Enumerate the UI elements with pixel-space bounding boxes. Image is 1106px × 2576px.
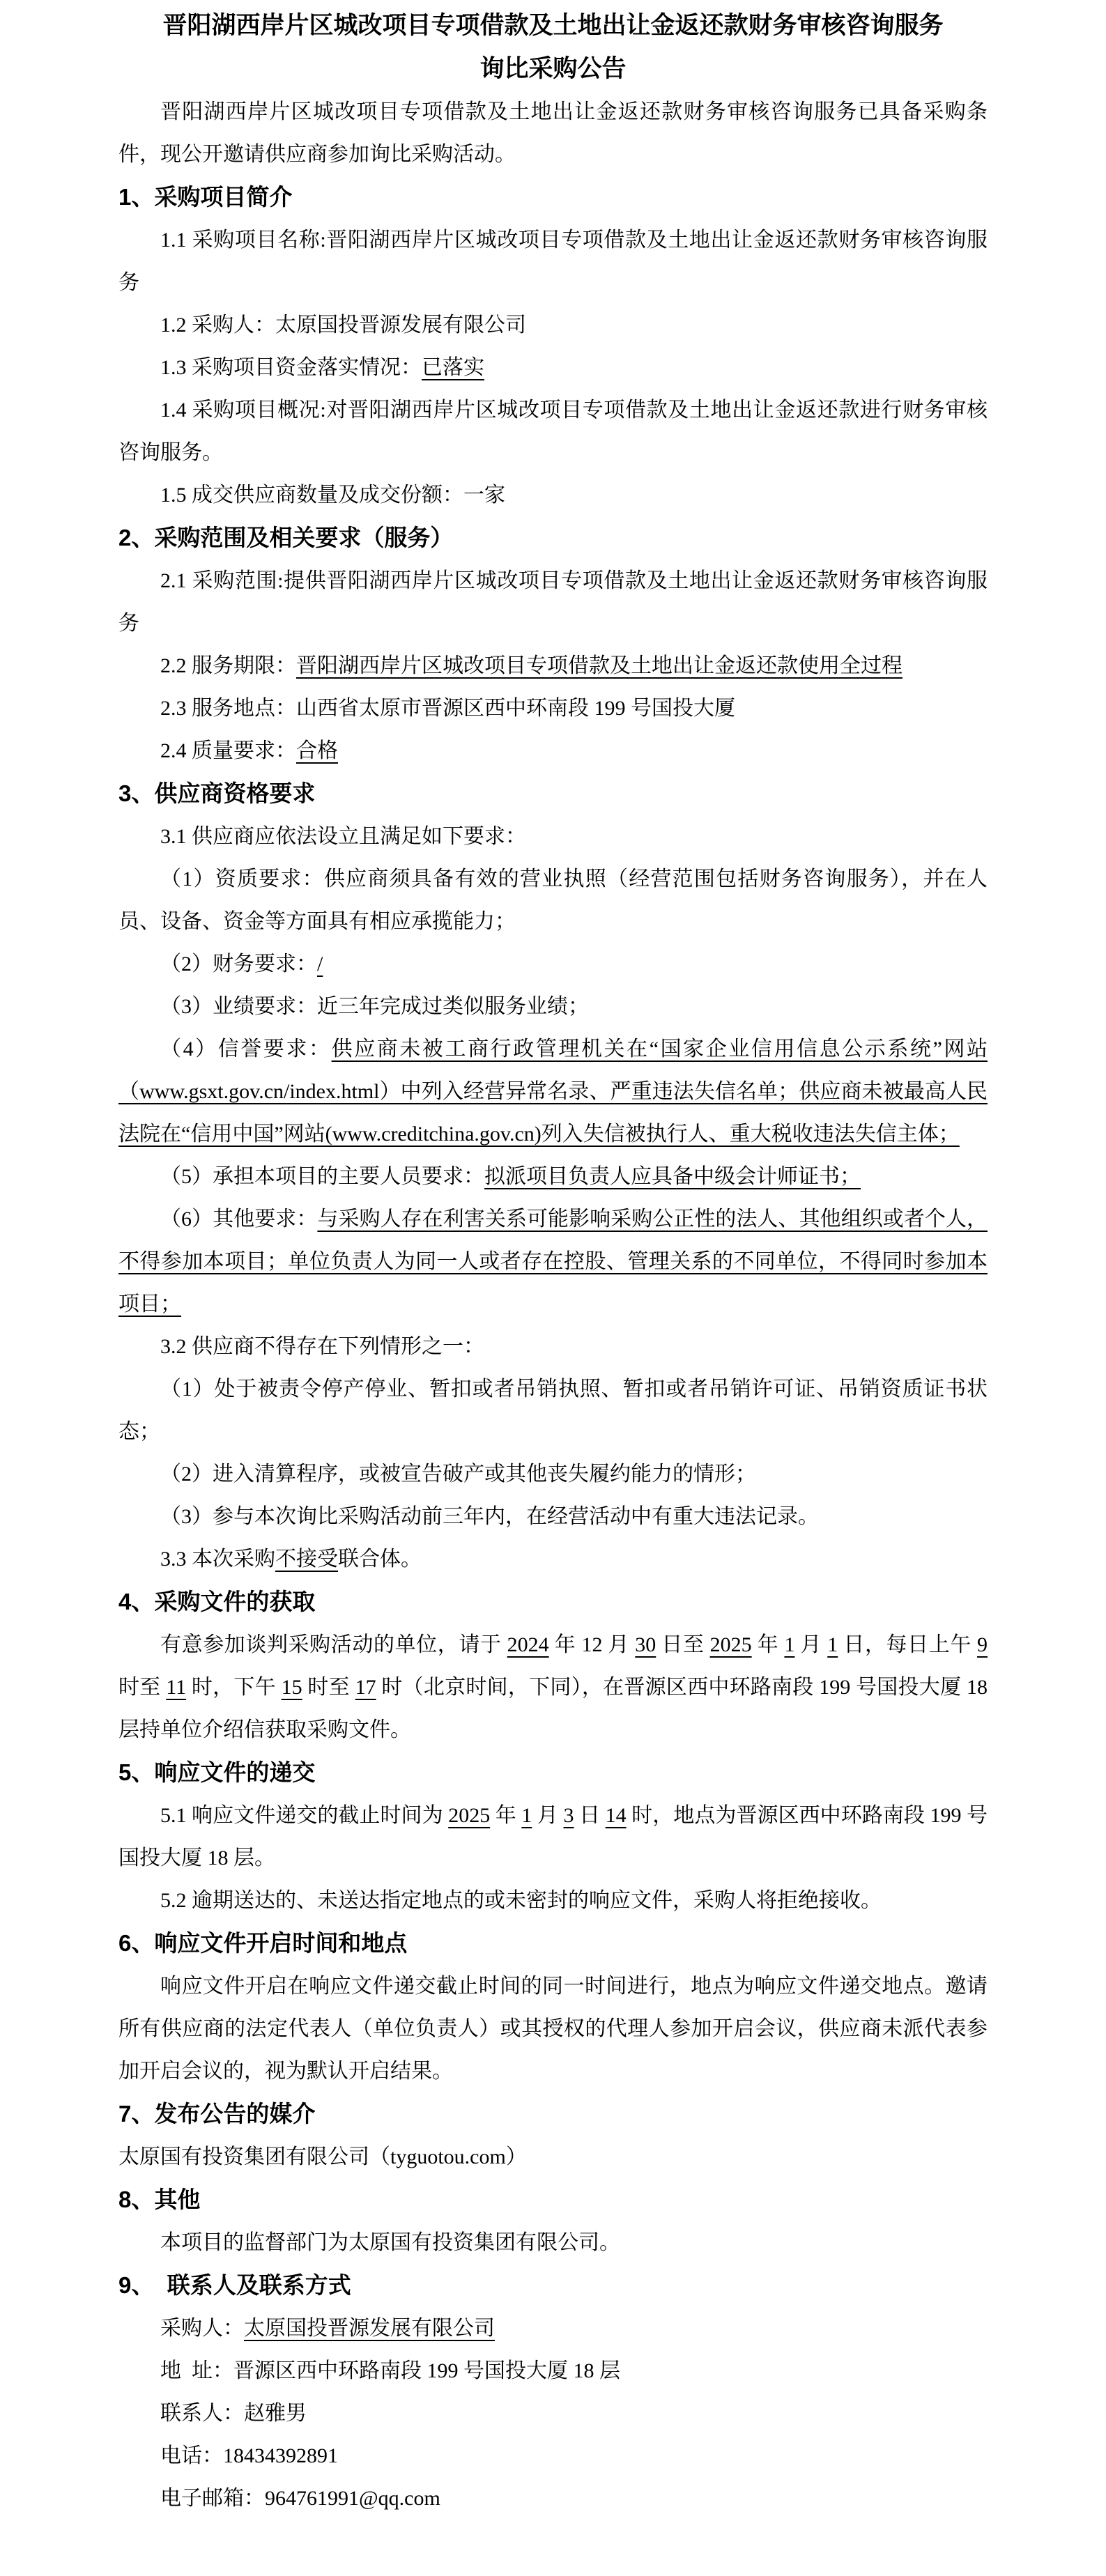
text-segment: （6）其他要求： — [160, 1208, 317, 1231]
text-segment: 1.4 采购项目概况:对晋阳湖西岸片区城改项目专项借款及土地出让金返还款进行财务… — [118, 399, 988, 464]
underlined-text: 拟派项目负责人应具备中级会计师证书； — [484, 1165, 861, 1188]
text-segment: （3）业绩要求：近三年完成过类似服务业绩； — [160, 995, 589, 1018]
text-segment: 年 — [490, 1804, 521, 1827]
paragraph: 采购人：太原国投晋源发展有限公司 — [118, 2307, 988, 2350]
text-segment: （2）财务要求： — [160, 952, 317, 975]
text-segment: 4、采购文件的获取 — [118, 1589, 315, 1614]
underlined-text: 14 — [606, 1804, 627, 1827]
paragraph: 地 址：晋源区西中环路南段 199 号国投大厦 18 层 — [118, 2350, 988, 2392]
paragraph: 3.3 本次采购不接受联合体。 — [118, 1538, 988, 1580]
paragraph: 2.3 服务地点：山西省太原市晋源区西中环南段 199 号国投大厦 — [118, 687, 988, 730]
paragraph: （6）其他要求：与采购人存在利害关系可能影响采购公正性的法人、其他组织或者个人，… — [118, 1198, 988, 1325]
section-heading: 6、响应文件开启时间和地点 — [118, 1922, 988, 1965]
underlined-text: 1 — [521, 1804, 532, 1827]
text-segment: 电话：18434392891 — [160, 2444, 338, 2467]
paragraph: （2）进入清算程序，或被宣告破产或其他丧失履约能力的情形； — [118, 1453, 988, 1495]
underlined-text: 30 — [635, 1633, 656, 1656]
paragraph: 5.2 逾期送达的、未送达指定地点的或未密封的响应文件，采购人将拒绝接收。 — [118, 1879, 988, 1922]
underlined-text: 17 — [355, 1676, 376, 1699]
underlined-text: 太原国投晋源发展有限公司 — [244, 2317, 495, 2340]
text-segment: （5）承担本项目的主要人员要求： — [160, 1165, 484, 1188]
paragraph: 5.1 响应文件递交的截止时间为 2025 年 1 月 3 日 14 时，地点为… — [118, 1794, 988, 1879]
text-segment: 2.4 质量要求： — [160, 739, 296, 762]
section-heading: 8、其他 — [118, 2178, 988, 2221]
underlined-text: / — [317, 952, 323, 975]
underlined-text: 不接受 — [275, 1548, 338, 1571]
section-heading: 2、采购范围及相关要求（服务） — [118, 516, 988, 560]
paragraph: 有意参加谈判采购活动的单位，请于 2024 年 12 月 30 日至 2025 … — [118, 1624, 988, 1751]
text-segment: （3）参与本次询比采购活动前三年内，在经营活动中有重大违法记录。 — [160, 1505, 819, 1528]
text-segment: 晋阳湖西岸片区城改项目专项借款及土地出让金返还款财务审核咨询服务已具备采购条件，… — [118, 100, 988, 166]
text-segment: 1.2 采购人：太原国投晋源发展有限公司 — [160, 314, 526, 337]
paragraph: 联系人：赵雅男 — [118, 2392, 988, 2435]
text-segment: 2、采购范围及相关要求（服务） — [118, 525, 453, 550]
paragraph: （1）资质要求：供应商须具备有效的营业执照（经营范围包括财务咨询服务），并在人员… — [118, 858, 988, 943]
text-segment: 1.3 采购项目资金落实情况： — [160, 356, 422, 379]
text-segment: 太原国有投资集团有限公司（tyguotou.com） — [118, 2145, 527, 2168]
paragraph: 响应文件开启在响应文件递交截止时间的同一时间进行，地点为响应文件递交地点。邀请所… — [118, 1965, 988, 2092]
document-title-line-2: 询比采购公告 — [118, 47, 988, 91]
underlined-text: 11 — [166, 1676, 186, 1699]
text-segment: 日至 — [656, 1633, 709, 1656]
document-blocks: 晋阳湖西岸片区城改项目专项借款及土地出让金返还款财务审核咨询服务已具备采购条件，… — [118, 91, 988, 2520]
text-segment: 5.1 响应文件递交的截止时间为 — [160, 1804, 448, 1827]
paragraph: 1.1 采购项目名称:晋阳湖西岸片区城改项目专项借款及土地出让金返还款财务审核咨… — [118, 219, 988, 304]
paragraph: 1.3 采购项目资金落实情况：已落实 — [118, 346, 988, 389]
paragraph: 电子邮箱：964761991@qq.com — [118, 2477, 988, 2520]
paragraph: （5）承担本项目的主要人员要求：拟派项目负责人应具备中级会计师证书； — [118, 1155, 988, 1198]
text-segment: 本项目的监督部门为太原国有投资集团有限公司。 — [160, 2231, 620, 2254]
text-segment: 5、响应文件的递交 — [118, 1759, 315, 1785]
text-segment: 时至 — [302, 1676, 355, 1699]
text-segment: 3.2 供应商不得存在下列情形之一： — [160, 1335, 484, 1358]
text-segment: 月 — [532, 1804, 563, 1827]
underlined-text: 合格 — [296, 739, 338, 762]
text-segment: 7、发布公告的媒介 — [118, 2101, 315, 2127]
underlined-text: 15 — [282, 1676, 302, 1699]
text-segment: 3、供应商资格要求 — [118, 780, 315, 806]
underlined-text: 9 — [977, 1633, 988, 1656]
paragraph: 1.5 成交供应商数量及成交份额：一家 — [118, 474, 988, 516]
text-segment: （2）进入清算程序，或被宣告破产或其他丧失履约能力的情形； — [160, 1463, 756, 1486]
paragraph: 3.1 供应商应依法设立且满足如下要求： — [118, 815, 988, 858]
text-segment: 日 — [574, 1804, 606, 1827]
paragraph: 1.4 采购项目概况:对晋阳湖西岸片区城改项目专项借款及土地出让金返还款进行财务… — [118, 389, 988, 474]
paragraph: 电话：18434392891 — [118, 2435, 988, 2477]
text-segment: 联系人：赵雅男 — [160, 2402, 307, 2425]
underlined-text: 2025 — [710, 1633, 752, 1656]
text-segment: 采购人： — [160, 2317, 244, 2340]
text-segment: 有意参加谈判采购活动的单位，请于 — [160, 1633, 507, 1656]
text-segment: 月 — [794, 1633, 827, 1656]
text-segment: 3.1 供应商应依法设立且满足如下要求： — [160, 825, 526, 848]
section-heading: 9、 联系人及联系方式 — [118, 2264, 988, 2307]
procurement-announcement-document: 晋阳湖西岸片区城改项目专项借款及土地出让金返还款财务审核咨询服务 询比采购公告 … — [0, 0, 1106, 2539]
paragraph: 2.1 采购范围:提供晋阳湖西岸片区城改项目专项借款及土地出让金返还款财务审核咨… — [118, 560, 988, 645]
document-title-line-1: 晋阳湖西岸片区城改项目专项借款及土地出让金返还款财务审核咨询服务 — [118, 4, 988, 47]
text-segment: 联合体。 — [338, 1548, 422, 1571]
section-heading: 7、发布公告的媒介 — [118, 2092, 988, 2136]
text-segment: （4）信誉要求： — [160, 1038, 332, 1061]
paragraph: 本项目的监督部门为太原国有投资集团有限公司。 — [118, 2221, 988, 2264]
text-segment: 2.1 采购范围:提供晋阳湖西岸片区城改项目专项借款及土地出让金返还款财务审核咨… — [118, 569, 988, 635]
text-segment: 2.2 服务期限： — [160, 654, 296, 677]
section-heading: 1、采购项目简介 — [118, 176, 988, 219]
text-segment: 3.3 本次采购 — [160, 1548, 275, 1571]
text-segment: 地 址：晋源区西中环路南段 199 号国投大厦 18 层 — [160, 2359, 620, 2382]
underlined-text: 晋阳湖西岸片区城改项目专项借款及土地出让金返还款使用全过程 — [296, 654, 903, 677]
text-segment: 9、 联系人及联系方式 — [118, 2272, 351, 2298]
text-segment: 1.5 成交供应商数量及成交份额：一家 — [160, 484, 505, 507]
text-segment: 年 12 月 — [549, 1633, 636, 1656]
underlined-text: 1 — [827, 1633, 838, 1656]
paragraph: 2.2 服务期限：晋阳湖西岸片区城改项目专项借款及土地出让金返还款使用全过程 — [118, 645, 988, 687]
text-segment: （1）处于被责令停产停业、暂扣或者吊销执照、暂扣或者吊销许可证、吊销资质证书状态… — [118, 1378, 988, 1443]
text-segment: 6、响应文件开启时间和地点 — [118, 1930, 407, 1956]
paragraph: （3）参与本次询比采购活动前三年内，在经营活动中有重大违法记录。 — [118, 1495, 988, 1538]
text-segment: 8、其他 — [118, 2186, 200, 2212]
section-heading: 5、响应文件的递交 — [118, 1751, 988, 1794]
text-segment: 1.1 采购项目名称:晋阳湖西岸片区城改项目专项借款及土地出让金返还款财务审核咨… — [118, 229, 988, 294]
text-segment: 5.2 逾期送达的、未送达指定地点的或未密封的响应文件，采购人将拒绝接收。 — [160, 1889, 882, 1912]
paragraph: 3.2 供应商不得存在下列情形之一： — [118, 1325, 988, 1368]
underlined-text: 3 — [564, 1804, 574, 1827]
paragraph: （4）信誉要求：供应商未被工商行政管理机关在“国家企业信用信息公示系统”网站（w… — [118, 1028, 988, 1155]
paragraph: （3）业绩要求：近三年完成过类似服务业绩； — [118, 985, 988, 1028]
text-segment: 日，每日上午 — [838, 1633, 977, 1656]
text-segment: 电子邮箱：964761991@qq.com — [160, 2487, 440, 2510]
text-segment: 2.3 服务地点：山西省太原市晋源区西中环南段 199 号国投大厦 — [160, 697, 735, 720]
underlined-text: 2025 — [448, 1804, 490, 1827]
paragraph: 晋阳湖西岸片区城改项目专项借款及土地出让金返还款财务审核咨询服务已具备采购条件，… — [118, 91, 988, 176]
paragraph: （2）财务要求：/ — [118, 943, 988, 985]
document-title: 晋阳湖西岸片区城改项目专项借款及土地出让金返还款财务审核咨询服务 询比采购公告 — [118, 4, 988, 91]
paragraph: 2.4 质量要求：合格 — [118, 730, 988, 772]
text-segment: 响应文件开启在响应文件递交截止时间的同一时间进行，地点为响应文件递交地点。邀请所… — [118, 1975, 988, 2083]
underlined-text: 已落实 — [422, 356, 484, 379]
paragraph: 太原国有投资集团有限公司（tyguotou.com） — [118, 2136, 988, 2178]
section-heading: 3、供应商资格要求 — [118, 772, 988, 815]
paragraph: 1.2 采购人：太原国投晋源发展有限公司 — [118, 304, 988, 346]
text-segment: 时，下午 — [186, 1676, 281, 1699]
underlined-text: 2024 — [507, 1633, 549, 1656]
text-segment: （1）资质要求：供应商须具备有效的营业执照（经营范围包括财务咨询服务），并在人员… — [118, 867, 988, 933]
text-segment: 年 — [752, 1633, 785, 1656]
text-segment: 1、采购项目简介 — [118, 184, 292, 210]
section-heading: 4、采购文件的获取 — [118, 1580, 988, 1624]
paragraph: （1）处于被责令停产停业、暂扣或者吊销执照、暂扣或者吊销许可证、吊销资质证书状态… — [118, 1368, 988, 1453]
underlined-text: 1 — [784, 1633, 794, 1656]
